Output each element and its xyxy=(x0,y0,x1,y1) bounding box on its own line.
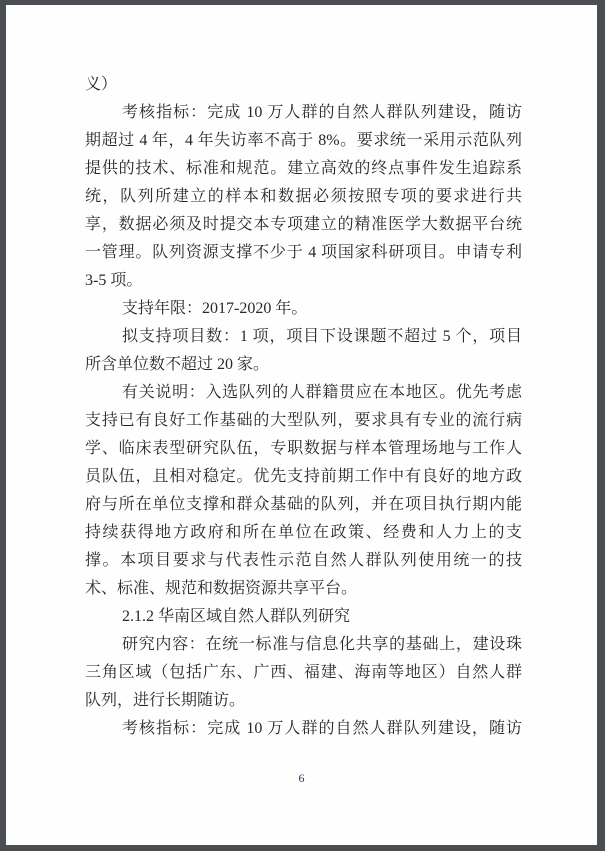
text-line: 员队伍，且相对稳定。优先支持前期工作中有良好的地方政 xyxy=(85,463,522,491)
text-line: 一管理。队列资源支撑不少于 4 项国家科研项目。申请专利 xyxy=(85,239,522,267)
text-line-paragraph-tail: 所含单位数不超过 20 家。 xyxy=(85,351,522,379)
text-line: 支持已有良好工作基础的大型队列，要求具有专业的流行病 xyxy=(85,407,522,435)
text-line: 撑。本项目要求与代表性示范自然人群队列使用统一的技 xyxy=(85,547,522,575)
text-line: 三角区域（包括广东、广西、福建、海南等地区）自然人群 xyxy=(85,659,522,687)
text-line-paragraph-tail: 术、标准、规范和数据资源共享平台。 xyxy=(85,575,522,603)
text-line: 期超过 4 年，4 年失访率不高于 8%。要求统一采用示范队列 xyxy=(85,127,522,155)
text-line: 拟支持项目数：1 项，项目下设课题不超过 5 个，项目 xyxy=(85,323,522,351)
document-text-block: 义） 考核指标：完成 10 万人群的自然人群队列建设，随访 期超过 4 年，4 … xyxy=(85,71,522,743)
text-line: 提供的技术、标准和规范。建立高效的终点事件发生追踪系 xyxy=(85,155,522,183)
text-line: 研究内容：在统一标准与信息化共享的基础上，建设珠 xyxy=(85,631,522,659)
text-line: 考核指标：完成 10 万人群的自然人群队列建设，随访 xyxy=(85,715,522,743)
text-line-paragraph-tail: 义） xyxy=(85,71,522,99)
text-line: 有关说明：入选队列的人群籍贯应在本地区。优先考虑 xyxy=(85,379,522,407)
text-line: 支持年限：2017-2020 年。 xyxy=(85,295,522,323)
text-line: 享，数据必须及时提交本专项建立的精准医学大数据平台统 xyxy=(85,211,522,239)
text-line: 学、临床表型研究队伍，专职数据与样本管理场地与工作人 xyxy=(85,435,522,463)
text-line: 持续获得地方政府和所在单位在政策、经费和人力上的支 xyxy=(85,519,522,547)
text-line: 考核指标：完成 10 万人群的自然人群队列建设，随访 xyxy=(85,99,522,127)
page-number: 6 xyxy=(6,771,597,786)
text-line: 统，队列所建立的样本和数据必须按照专项的要求进行共 xyxy=(85,183,522,211)
text-line-paragraph-tail: 3-5 项。 xyxy=(85,267,522,295)
document-page: 义） 考核指标：完成 10 万人群的自然人群队列建设，随访 期超过 4 年，4 … xyxy=(6,5,597,845)
text-line: 府与所在单位支撑和群众基础的队列，并在项目执行期内能 xyxy=(85,491,522,519)
section-heading: 2.1.2 华南区域自然人群队列研究 xyxy=(85,603,522,631)
text-line-paragraph-tail: 队列，进行长期随访。 xyxy=(85,687,522,715)
